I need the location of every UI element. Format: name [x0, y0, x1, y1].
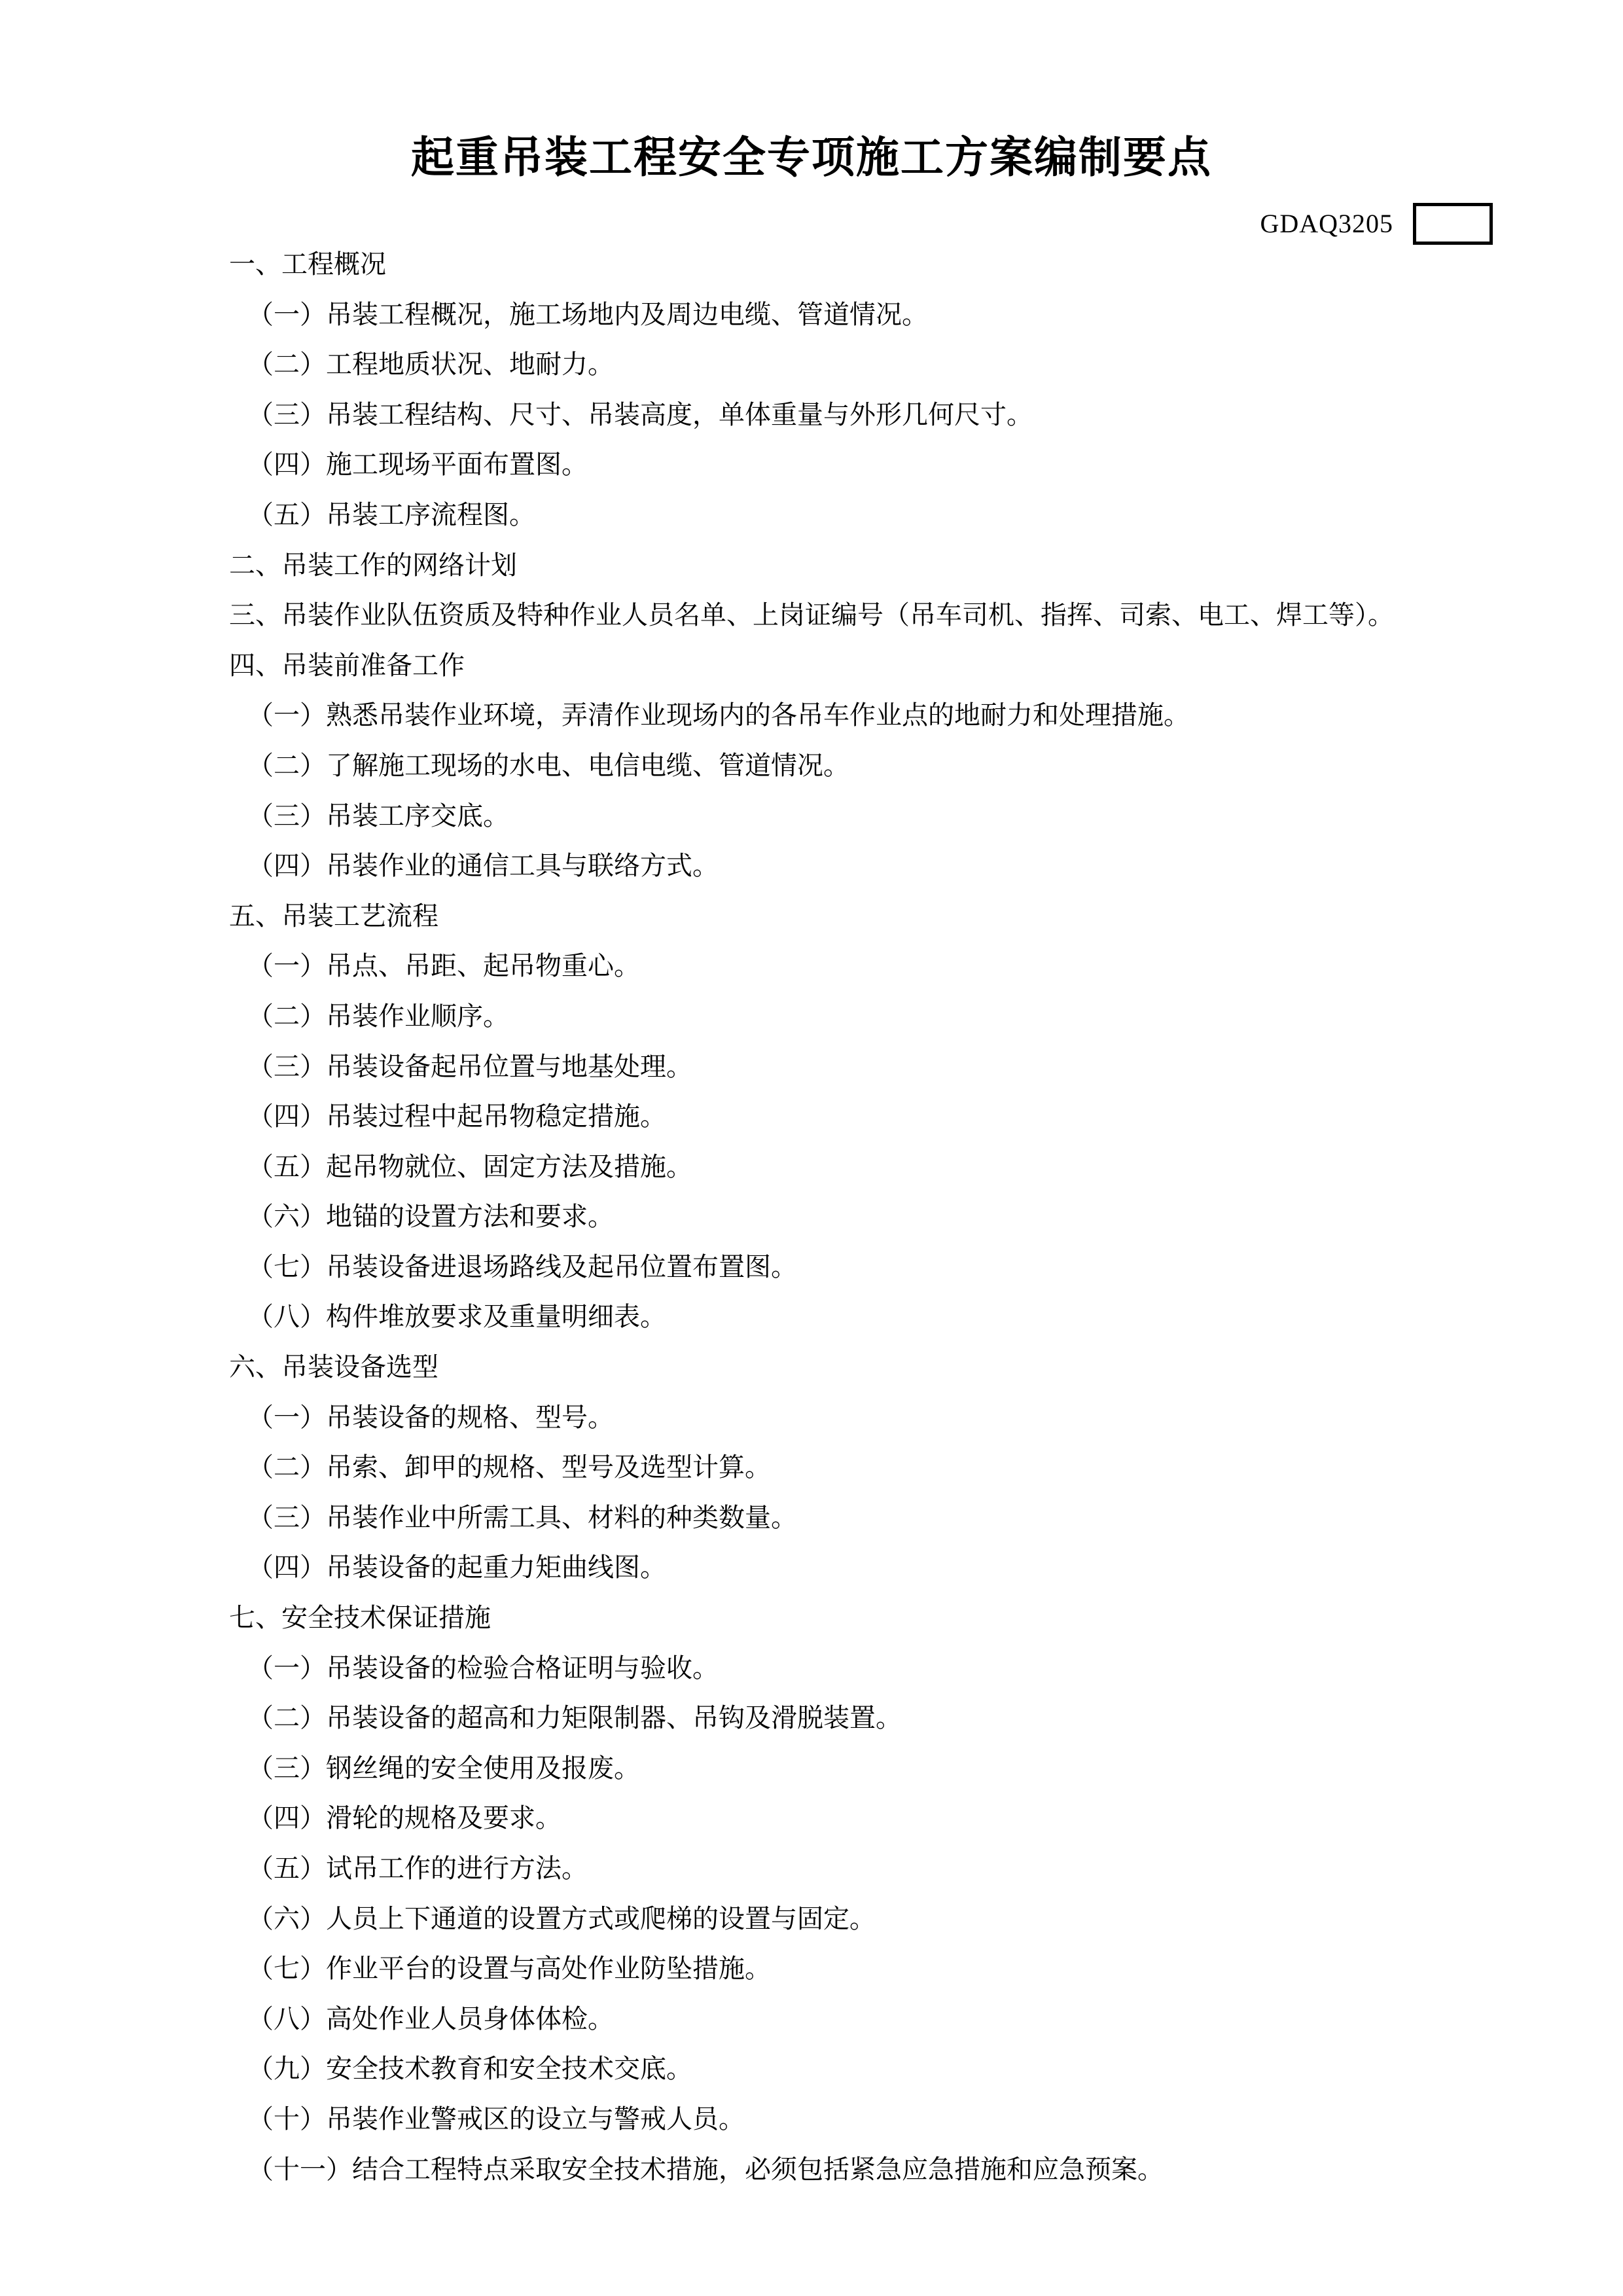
outline-item: （一）吊装工程概况，施工场地内及周边电缆、管道情况。	[0, 290, 1623, 340]
page-title: 起重吊装工程安全专项施工方案编制要点	[0, 131, 1623, 183]
outline-item: （三）吊装作业中所需工具、材料的种类数量。	[0, 1493, 1623, 1543]
outline-item: （三）钢丝绳的安全使用及报废。	[0, 1744, 1623, 1794]
outline-item: （八）高处作业人员身体体检。	[0, 1994, 1623, 2045]
outline-item: （五）起吊物就位、固定方法及措施。	[0, 1142, 1623, 1193]
document-body: 一、工程概况（一）吊装工程概况，施工场地内及周边电缆、管道情况。（二）工程地质状…	[0, 240, 1623, 2195]
outline-item: （四）吊装作业的通信工具与联络方式。	[0, 841, 1623, 891]
outline-item: （三）吊装工程结构、尺寸、吊装高度，单体重量与外形几何尺寸。	[0, 390, 1623, 440]
outline-item: （二）吊索、卸甲的规格、型号及选型计算。	[0, 1443, 1623, 1493]
outline-item: （二）了解施工现场的水电、电信电缆、管道情况。	[0, 741, 1623, 791]
outline-item: （四）吊装过程中起吊物稳定措施。	[0, 1092, 1623, 1142]
outline-item: （二）吊装作业顺序。	[0, 992, 1623, 1042]
outline-item: （六）人员上下通道的设置方式或爬梯的设置与固定。	[0, 1894, 1623, 1945]
outline-section-heading: 四、吊装前准备工作	[0, 641, 1623, 691]
outline-item: （十）吊装作业警戒区的设立与警戒人员。	[0, 2094, 1623, 2145]
outline-item: （二）吊装设备的超高和力矩限制器、吊钩及滑脱装置。	[0, 1693, 1623, 1744]
outline-section-heading: 六、吊装设备选型	[0, 1342, 1623, 1393]
outline-section-heading: 二、吊装工作的网络计划	[0, 541, 1623, 591]
outline-item: （四）施工现场平面布置图。	[0, 440, 1623, 490]
outline-item: （四）吊装设备的起重力矩曲线图。	[0, 1543, 1623, 1593]
outline-item: （一）吊装设备的检验合格证明与验收。	[0, 1643, 1623, 1694]
outline-item: （四）滑轮的规格及要求。	[0, 1793, 1623, 1844]
outline-item: （五）吊装工序流程图。	[0, 490, 1623, 541]
outline-item: （六）地锚的设置方法和要求。	[0, 1192, 1623, 1242]
outline-item: （一）吊点、吊距、起吊物重心。	[0, 941, 1623, 992]
outline-item: （三）吊装设备起吊位置与地基处理。	[0, 1042, 1623, 1092]
outline-item: （八）构件堆放要求及重量明细表。	[0, 1292, 1623, 1342]
outline-item: （三）吊装工序交底。	[0, 791, 1623, 842]
outline-item: （十一）结合工程特点采取安全技术措施，必须包括紧急应急措施和应急预案。	[0, 2145, 1623, 2195]
doc-code-label: GDAQ3205	[1260, 203, 1393, 245]
document-page: 起重吊装工程安全专项施工方案编制要点 GDAQ3205 一、工程概况（一）吊装工…	[0, 0, 1623, 2296]
doc-code-box	[1413, 203, 1493, 245]
outline-section-heading: 三、吊装作业队伍资质及特种作业人员名单、上岗证编号（吊车司机、指挥、司索、电工、…	[0, 590, 1623, 641]
outline-item: （九）安全技术教育和安全技术交底。	[0, 2044, 1623, 2094]
outline-item: （七）作业平台的设置与高处作业防坠措施。	[0, 1944, 1623, 1994]
outline-item: （七）吊装设备进退场路线及起吊位置布置图。	[0, 1242, 1623, 1293]
outline-section-heading: 五、吊装工艺流程	[0, 891, 1623, 942]
outline-item: （一）吊装设备的规格、型号。	[0, 1393, 1623, 1443]
outline-item: （二）工程地质状况、地耐力。	[0, 340, 1623, 390]
outline-section-heading: 七、安全技术保证措施	[0, 1593, 1623, 1643]
doc-code-row: GDAQ3205	[1260, 203, 1493, 245]
outline-section-heading: 一、工程概况	[0, 240, 1623, 290]
outline-item: （五）试吊工作的进行方法。	[0, 1844, 1623, 1894]
outline-item: （一）熟悉吊装作业环境，弄清作业现场内的各吊车作业点的地耐力和处理措施。	[0, 691, 1623, 741]
